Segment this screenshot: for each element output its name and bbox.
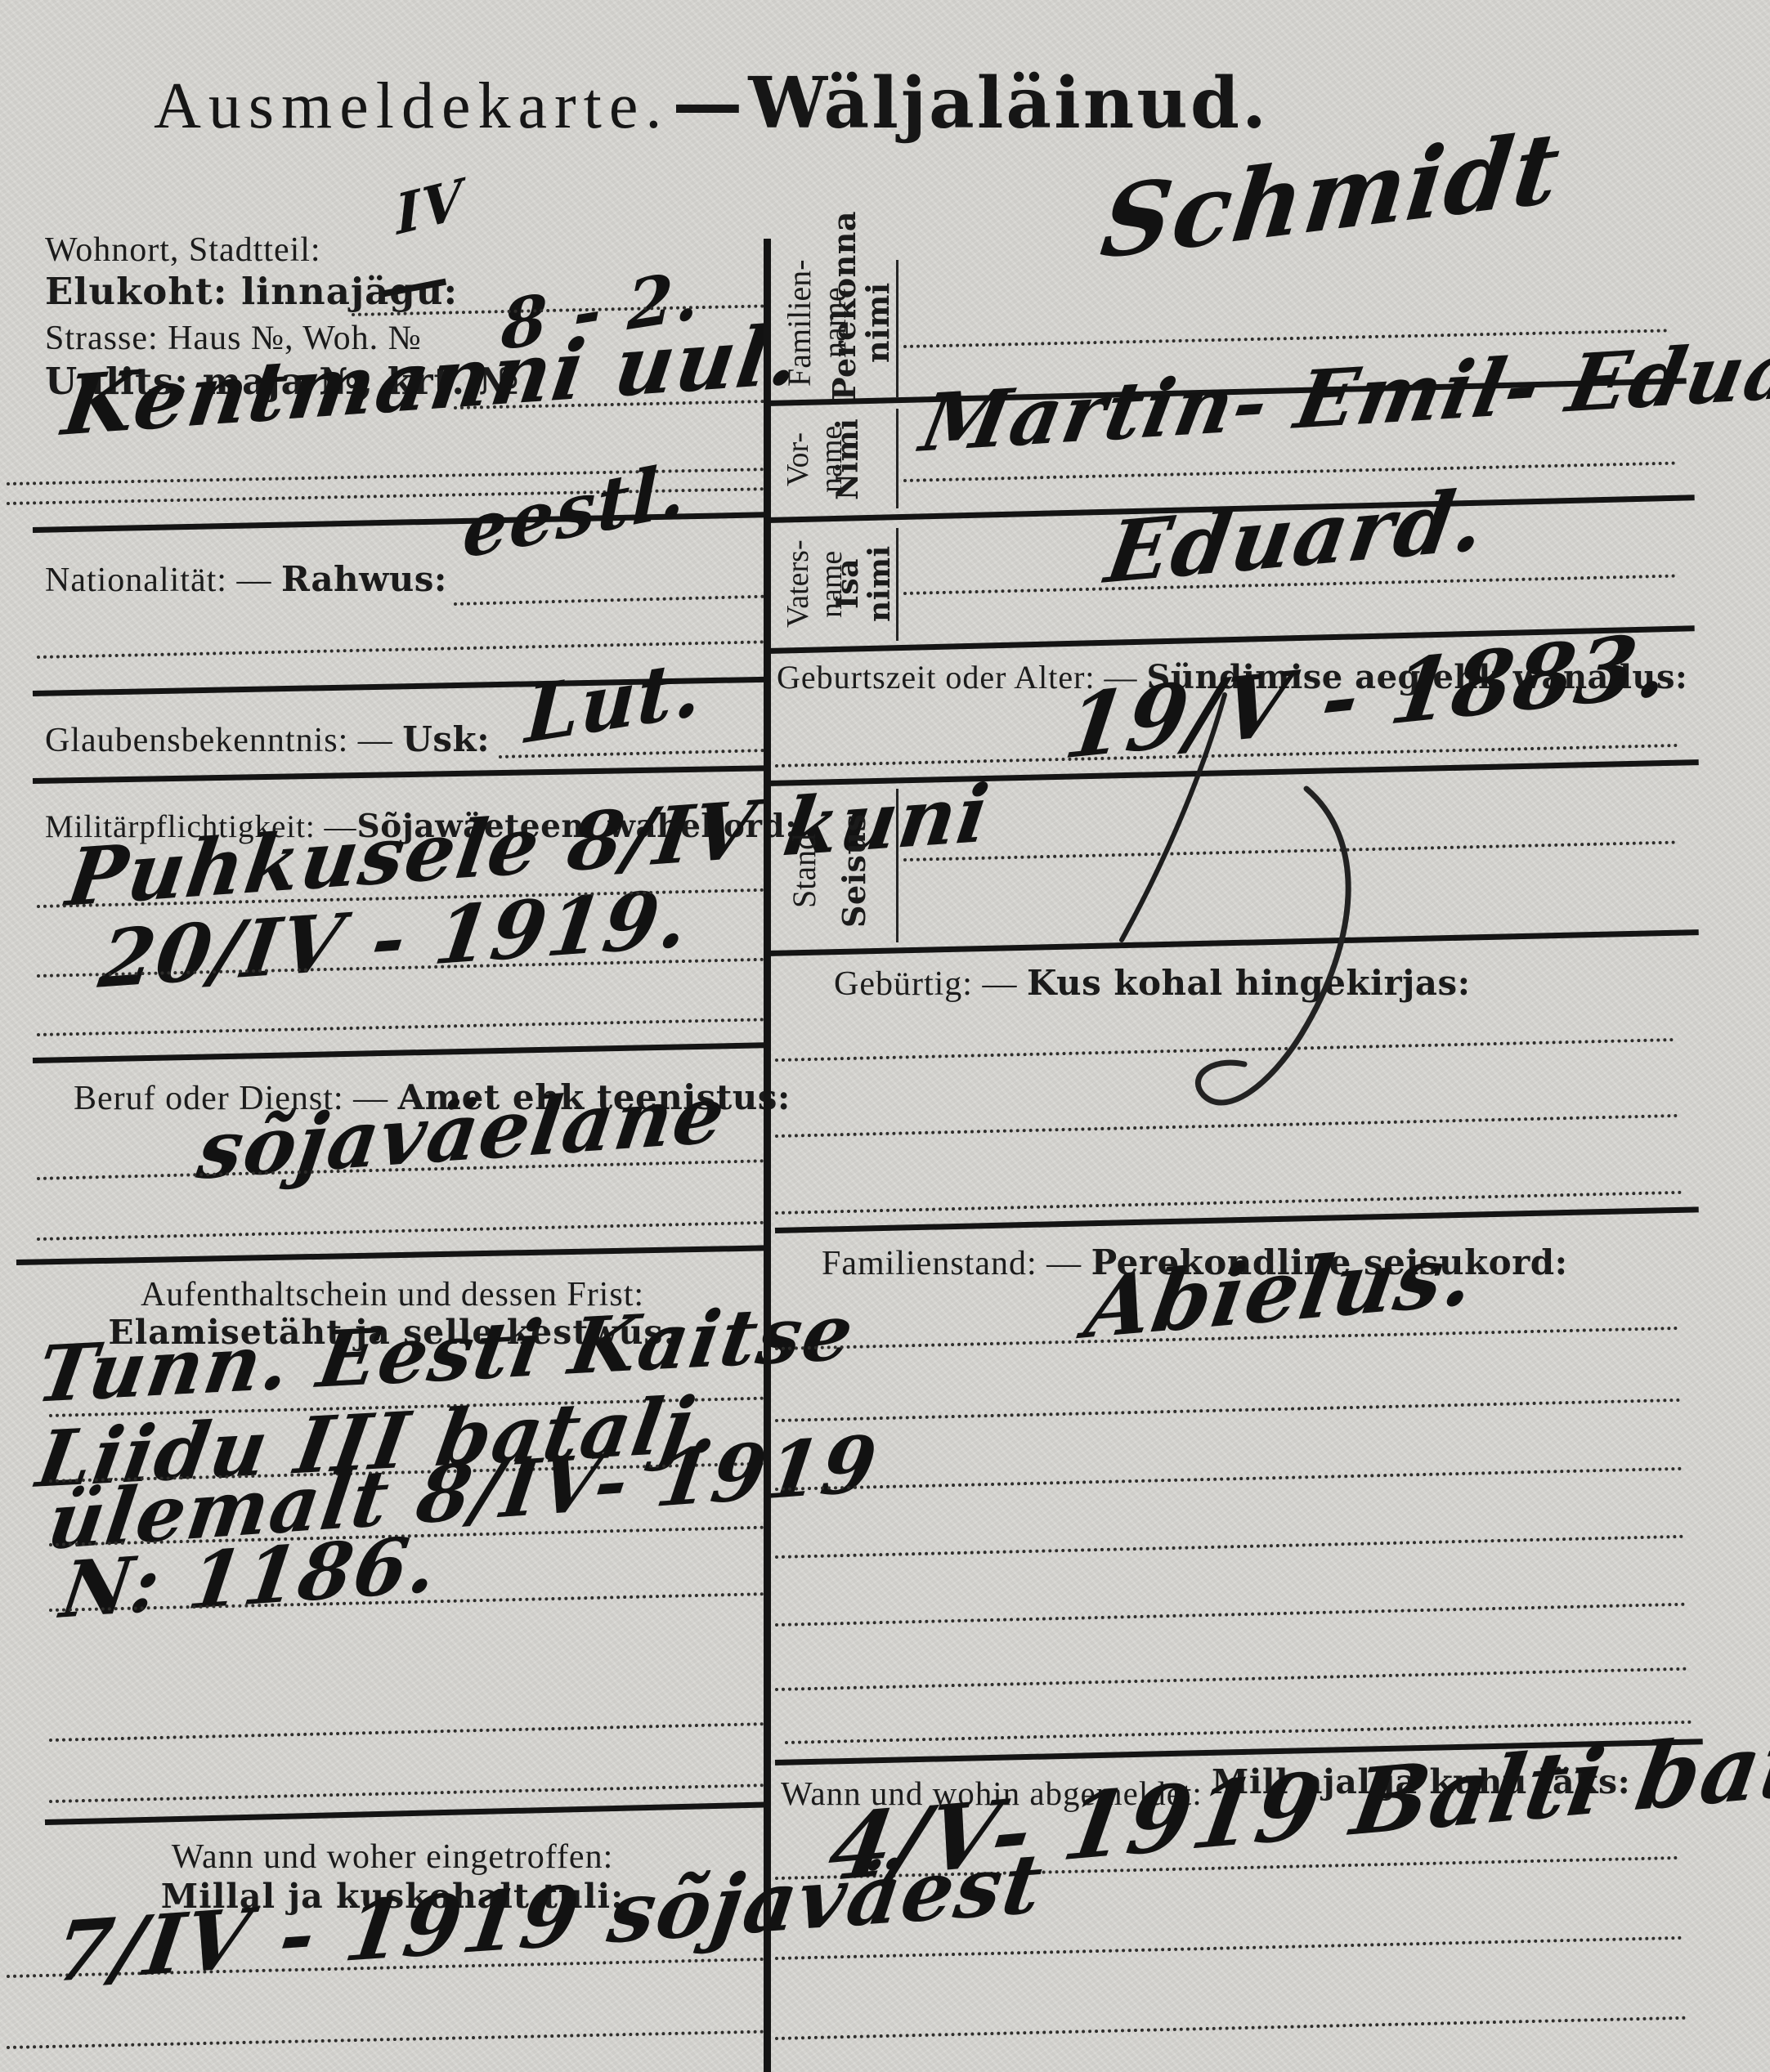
fathersname-label-estonian: Isa nimi: [832, 525, 896, 643]
marital-label-german: Familienstand: —: [822, 1245, 1082, 1282]
nationality-label-estonian: Rahwus:: [281, 559, 447, 599]
card-title: Ausmeldekarte. — Wäljaläinud.: [114, 62, 1308, 145]
scanned-registration-card: Ausmeldekarte. — Wäljaläinud. Wohnort, S…: [0, 0, 1770, 2072]
status-label-estonian: Seisus: [837, 799, 871, 942]
title-separator: —: [672, 62, 745, 145]
column-divider-line: [764, 239, 771, 2072]
label-rule: [896, 528, 898, 641]
residence-label-german: Wohnort, Stadtteil:: [45, 230, 321, 270]
origin-label-german: Gebürtig: —: [834, 965, 1017, 1003]
religion-label-estonian: Usk:: [402, 719, 490, 759]
label-rule: [896, 260, 898, 397]
surname-label-estonian: Perekonna nimi: [827, 245, 894, 401]
card-title-estonian: Wäljaläinud.: [748, 62, 1269, 145]
firstname-label-estonian: Nimi: [832, 406, 864, 512]
religion-label-german: Glaubensbekenntnis: —: [45, 722, 393, 759]
card-title-german: Ausmeldekarte.: [154, 70, 669, 142]
nationality-label-german: Nationalität: —: [45, 562, 271, 599]
origin-label-estonian: Kus kohal hingekirjas:: [1027, 963, 1471, 1003]
status-label-german: Stand: [786, 799, 822, 942]
label-rule: [896, 409, 898, 508]
label-rule: [896, 789, 898, 942]
